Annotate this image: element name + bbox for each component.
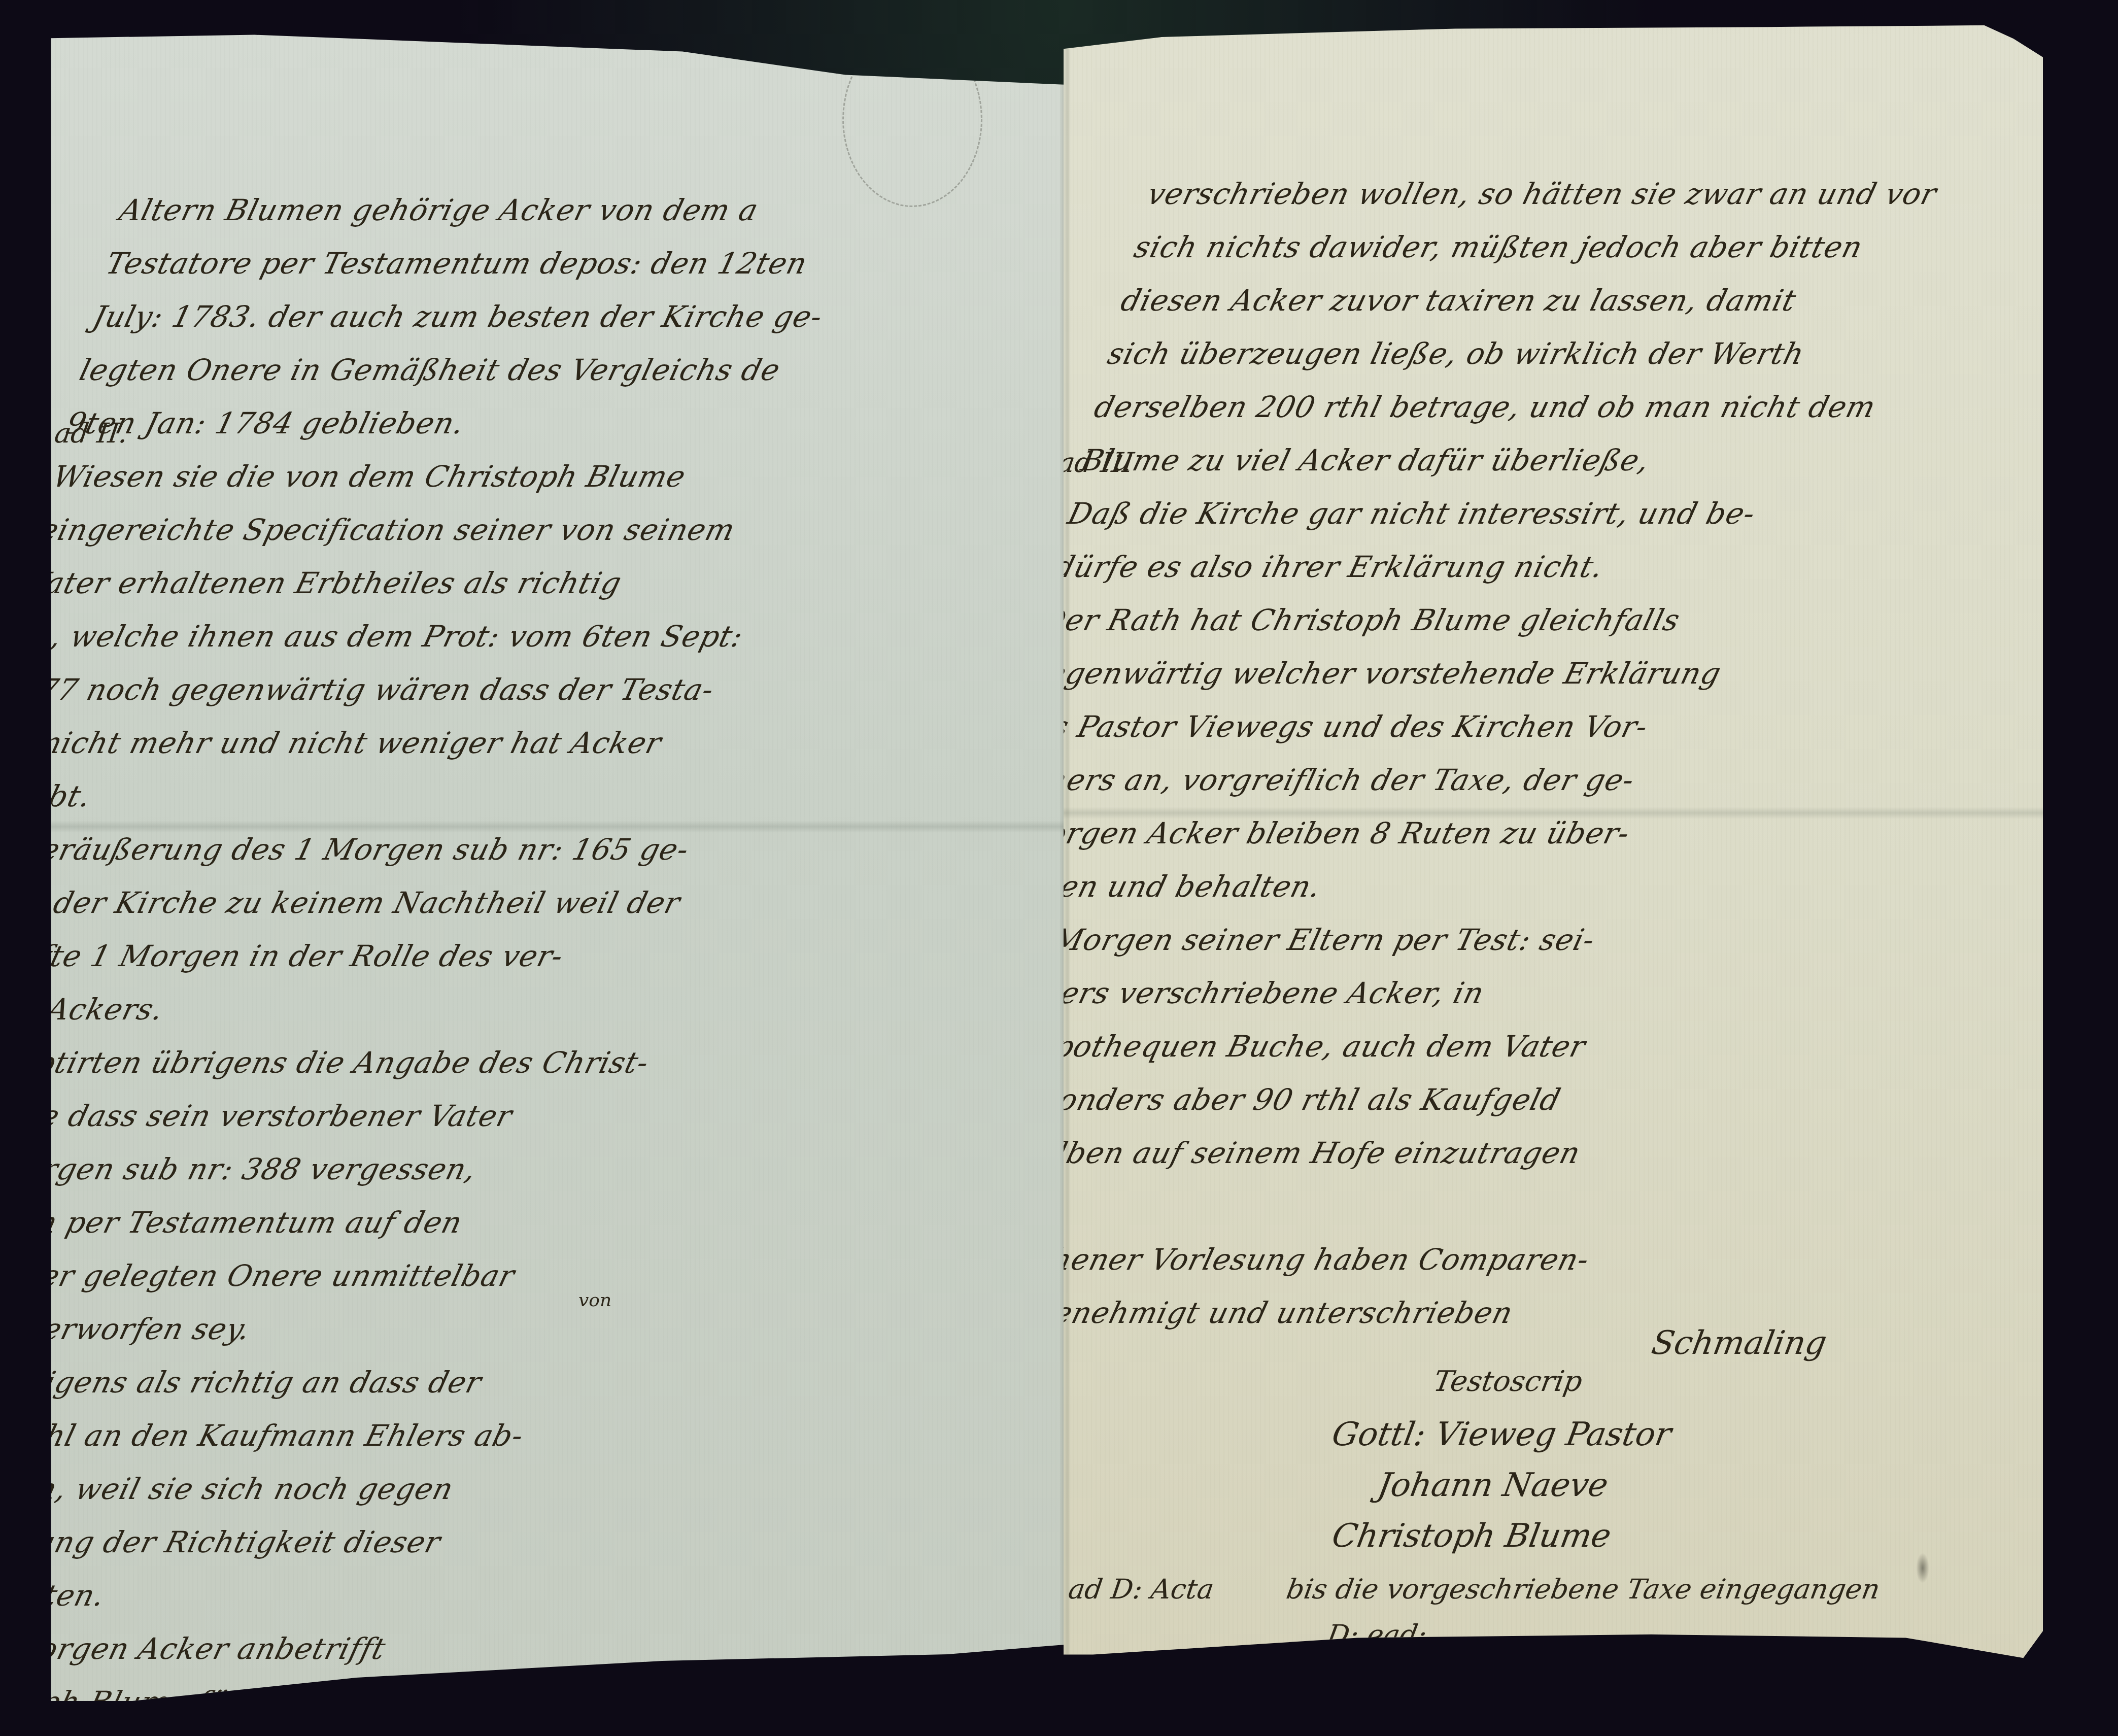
text-line: dürfe es also ihrer Erklärung nicht. <box>1064 540 1850 594</box>
closing-date-line: D: ead: <box>1324 1619 1429 1651</box>
text-line: an, welche ihnen aus dem Prot: vom 6ten … <box>51 610 761 663</box>
text-line: Auf geschehener Vorlesung haben Comparen… <box>1064 1233 1677 1286</box>
text-line: Testator 200 rthl an den Kaufmann Ehlers… <box>51 1409 562 1462</box>
text-line: Sie wären übrigens als richtig an dass d… <box>51 1356 575 1409</box>
text-line: Wiesen sie die von dem Christoph Blume <box>51 450 801 503</box>
text-line: legten Onere in Gemäßheit des Vergleichs… <box>74 344 828 397</box>
text-line: verhaftet unterworfen sey. <box>51 1303 589 1356</box>
text-line: kauften Ackers. <box>51 983 668 1036</box>
text-line: 4 Morgen Acker bleiben 8 Ruten zu über- <box>1064 807 1783 860</box>
text-line: Die 1 Morgen seiner Eltern per Test: sei… <box>1064 913 1757 967</box>
text-line: reiche der Kirche zu keinem Nachtheil we… <box>51 876 695 930</box>
text-line: Sie acceptirten übrigens die Angabe des … <box>51 1036 655 1090</box>
text-line: derselben 200 rthl betrage, und ob man n… <box>1088 381 1890 434</box>
text-line: nes Vaters verschriebene Acker, in <box>1064 967 1744 1020</box>
signature-vieweg: Gottl: Vieweg Pastor <box>1329 1416 1674 1453</box>
text-line: welche der Christoph Blume für obige 200 <box>51 1676 495 1701</box>
text-line: sich überzeugen ließe, ob wirklich der W… <box>1102 327 1903 381</box>
text-line: July: 1783. der auch zum besten der Kirc… <box>87 290 841 344</box>
text-line: Altern Blumen gehörige Acker von dem a <box>114 184 868 237</box>
text-line: Angabe überzeugten. <box>51 1569 522 1622</box>
text-line: dem Hypothequen Buche, auch dem Vater <box>1064 1020 1730 1073</box>
left-page-text: Altern Blumen gehörige Acker von dem a T… <box>51 184 867 1701</box>
ink-stain <box>1916 1553 1929 1583</box>
right-page-text: verschrieben wollen, so hätten sie zwar … <box>1064 167 1942 1340</box>
text-line: Blume zu viel Acker dafür überließe, <box>1075 434 1876 487</box>
text-line: eingereichte Specification seiner von se… <box>51 503 788 557</box>
text-line: Der Rath hat Christoph Blume gleichfalls <box>1064 594 1836 647</box>
text-line: seiner Erkundigung der Richtigkeit diese… <box>51 1516 535 1569</box>
text-line: diesen Acker zuvor taxiren zu lassen, da… <box>1115 274 1916 327</box>
text-line: gegenwärtig welcher vorstehende Erklärun… <box>1064 647 1823 700</box>
signature-schmaling-bottom: Schmaling. <box>1690 1639 1857 1672</box>
text-line: Vater erhaltenen Erbtheiles als richtig <box>51 557 774 610</box>
text-line: übrigen Acker gelegten Onere unmittelbar <box>51 1249 602 1303</box>
text-line: Testatore per Testamentum depos: den 12t… <box>100 237 855 290</box>
text-line: verkaufte 1 Morgen in der Rolle des ver- <box>51 930 681 983</box>
text-line: oph Blume dass sein verstorbener Vater <box>51 1090 641 1143</box>
text-line: schuldig worden, weil sie sich noch gege… <box>51 1462 549 1516</box>
text-line: noch besonders aber 90 rthl als Kaufgeld <box>1064 1073 1717 1127</box>
text-line: gehabt. <box>51 770 721 823</box>
interlinear-insertion: von <box>578 1290 611 1311</box>
left-page: Altern Blumen gehörige Acker von dem a T… <box>51 31 1070 1701</box>
attestation-label: Testoscrip <box>1431 1365 1585 1398</box>
photo-background: Altern Blumen gehörige Acker von dem a T… <box>0 0 2118 1736</box>
text-line: des Pastor Viewegs und des Kirchen Vor- <box>1064 700 1810 754</box>
margin-note-ad-ii: ad II. <box>53 417 130 449</box>
text-line: nehmen und behalten. <box>1064 860 1770 913</box>
margin-note-ad-iii: ad III <box>1064 447 1136 479</box>
margin-note-ad-acta: ad D: Acta <box>1067 1573 1216 1605</box>
closing-note-text: bis die vorgeschriebene Taxe eingegangen <box>1284 1573 1882 1605</box>
text-line: 1777 noch gegenwärtig wären dass der Tes… <box>51 663 748 717</box>
text-line: welcher den per Testamentum auf den <box>51 1196 615 1249</box>
text-line: Die Veräußerung des 1 Morgen sub nr: 165… <box>51 823 708 876</box>
text-line: noch 1 Morgen sub nr: 388 vergessen, <box>51 1143 628 1196</box>
text-line: Daß die Kirche gar nicht interessirt, un… <box>1064 487 1863 540</box>
text-line: sich nichts dawider, müßten jedoch aber … <box>1129 221 1930 274</box>
text-line: seyn. <box>1064 1180 1690 1233</box>
signature-blume: Christoph Blume <box>1329 1517 1614 1555</box>
text-line: Was aber den 4 Morgen Acker anbetrifft <box>51 1622 509 1676</box>
text-line: des derselben auf seinem Hofe einzutrage… <box>1064 1127 1703 1180</box>
text-line: ten dieses genehmigt und unterschrieben <box>1064 1286 1664 1340</box>
text-line: tor nicht mehr und nicht weniger hat Ack… <box>51 717 735 770</box>
text-line: stehers an, vorgreiflich der Taxe, der g… <box>1064 754 1796 807</box>
signature-schmaling-top: Schmaling <box>1649 1324 1829 1362</box>
signature-naeve: Johann Naeve <box>1375 1467 1611 1504</box>
text-line: 9ten Jan: 1784 geblieben. <box>60 397 814 450</box>
seal-impression <box>842 31 982 207</box>
text-line: verschrieben wollen, so hätten sie zwar … <box>1142 167 1943 221</box>
right-page: verschrieben wollen, so hätten sie zwar … <box>1064 15 2043 1695</box>
